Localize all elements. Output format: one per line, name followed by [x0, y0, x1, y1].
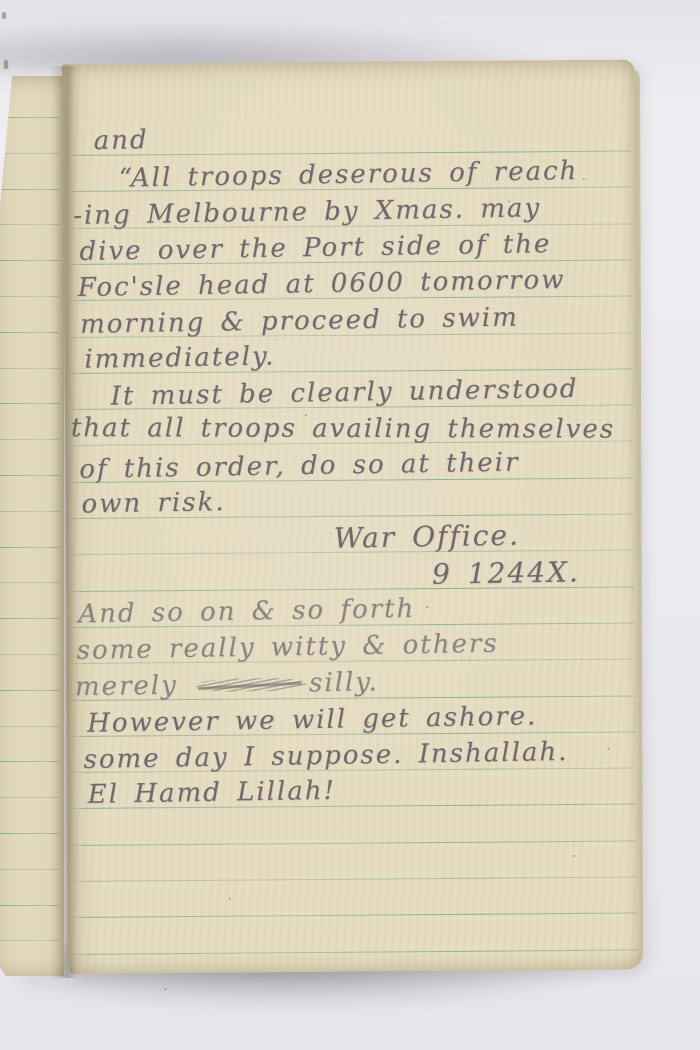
binding-gutter: [50, 66, 80, 978]
handwriting-line: And so on & so forth: [78, 594, 415, 630]
handwriting-line: merely silly.: [75, 667, 379, 702]
handwriting-line: -ing Melbourne by Xmas. may: [73, 193, 541, 231]
photo-edge-mark: [2, 12, 6, 19]
paper-speck: [508, 200, 510, 202]
handwriting-line: Foc'sle head at 0600 tomorrow: [78, 265, 566, 303]
paper-speck: [229, 898, 231, 900]
handwriting-line: War Office.: [333, 521, 520, 554]
paper-speck: [607, 748, 609, 750]
handwriting-line: It must be clearly understood: [110, 374, 578, 412]
handwriting-text: silly.: [309, 667, 379, 698]
paper-speck: [573, 855, 575, 857]
scratched-out-word: [196, 676, 306, 695]
handwriting-line: some really witty & others: [76, 629, 498, 666]
notebook-page: and“All troops deserous of reach-ing Mel…: [62, 60, 641, 974]
photo-edge-mark: [4, 60, 8, 69]
handwriting-line: dive over the Port side of the: [79, 229, 551, 267]
handwriting-line: morning & proceed to swim: [80, 302, 519, 339]
handwriting-line: “All troops deserous of reach: [119, 156, 579, 194]
paper-speck: [367, 722, 369, 724]
handwriting-line: and: [93, 125, 148, 156]
photograph-of-notebook: and“All troops deserous of reach-ing Mel…: [0, 0, 700, 1050]
handwriting-line: that all troops availing themselves: [71, 413, 615, 444]
handwriting-line: However we will get ashore.: [87, 701, 538, 738]
paper-speck: [583, 178, 585, 180]
handwriting-line: some day I suppose. Inshallah.: [83, 737, 568, 775]
handwriting-line: 9 1244X.: [432, 557, 580, 589]
handwriting-text: merely: [75, 670, 194, 702]
handwriting-layer: and“All troops deserous of reach-ing Mel…: [62, 60, 641, 974]
handwriting-line: own risk.: [81, 487, 226, 519]
paper-speck: [426, 606, 428, 608]
handwriting-line: immediately.: [84, 341, 276, 374]
paper-speck: [305, 414, 307, 416]
handwriting-line: El Hamd Lillah!: [88, 776, 337, 810]
handwriting-line: of this order, do so at their: [79, 447, 520, 484]
paper-speck: [164, 988, 166, 990]
